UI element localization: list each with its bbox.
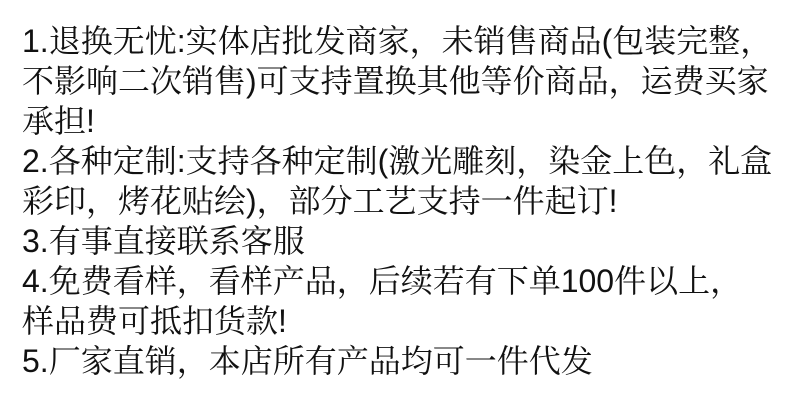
policy-line-5: 彩印，烤花贴绘)，部分工艺支持一件起订! xyxy=(22,181,782,221)
policy-line-8: 样品费可抵扣货款! xyxy=(22,301,782,341)
policy-line-3: 承担! xyxy=(22,101,782,141)
seller-policy-text-block: 1.退换无忧:实体店批发商家，未销售商品(包装完整， 不影响二次销售)可支持置换… xyxy=(0,0,790,400)
policy-line-6: 3.有事直接联系客服 xyxy=(22,221,782,261)
policy-line-7: 4.免费看样，看样产品，后续若有下单100件以上， xyxy=(22,261,782,301)
policy-line-9: 5.厂家直销，本店所有产品均可一件代发 xyxy=(22,341,782,381)
policy-line-4: 2.各种定制:支持各种定制(激光雕刻，染金上色，礼盒 xyxy=(22,141,782,181)
page: { "page": { "background_color": "#ffffff… xyxy=(0,0,790,400)
policy-line-2: 不影响二次销售)可支持置换其他等价商品，运费买家 xyxy=(22,61,782,101)
policy-line-1: 1.退换无忧:实体店批发商家，未销售商品(包装完整， xyxy=(22,21,782,61)
